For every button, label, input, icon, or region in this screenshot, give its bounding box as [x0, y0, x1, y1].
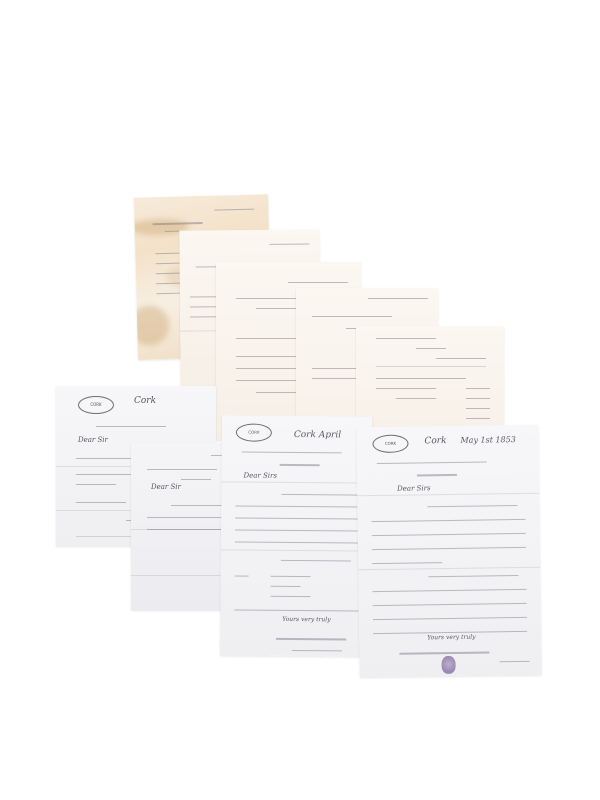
- purple-seal-icon: [441, 656, 455, 674]
- letterhead-stamp: CORK: [372, 435, 408, 454]
- letter-front-right-cork-may-1853: CORK Cork May 1st 1853 Dear Sirs Yours v…: [356, 425, 541, 678]
- letter-place: Cork: [134, 396, 206, 406]
- letter-salutation: Dear Sirs: [397, 483, 529, 493]
- letterhead-stamp: CORK: [236, 423, 272, 441]
- letterhead-stamp: CORK: [78, 396, 114, 414]
- letter-closing: Yours very truly: [282, 616, 360, 624]
- letter-center-cork-april: CORK Cork April Dear Sirs Yours very tru…: [220, 415, 372, 656]
- letter-closing: Yours very truly: [427, 633, 531, 641]
- letter-date: May 1st 1853: [460, 435, 528, 445]
- letter-salutation: Dear Sirs: [243, 472, 361, 481]
- letters-photo: CORK Cork Dear Sir Dear Sir CORK Cork Ap…: [0, 0, 600, 800]
- letter-place: Cork April: [294, 430, 362, 441]
